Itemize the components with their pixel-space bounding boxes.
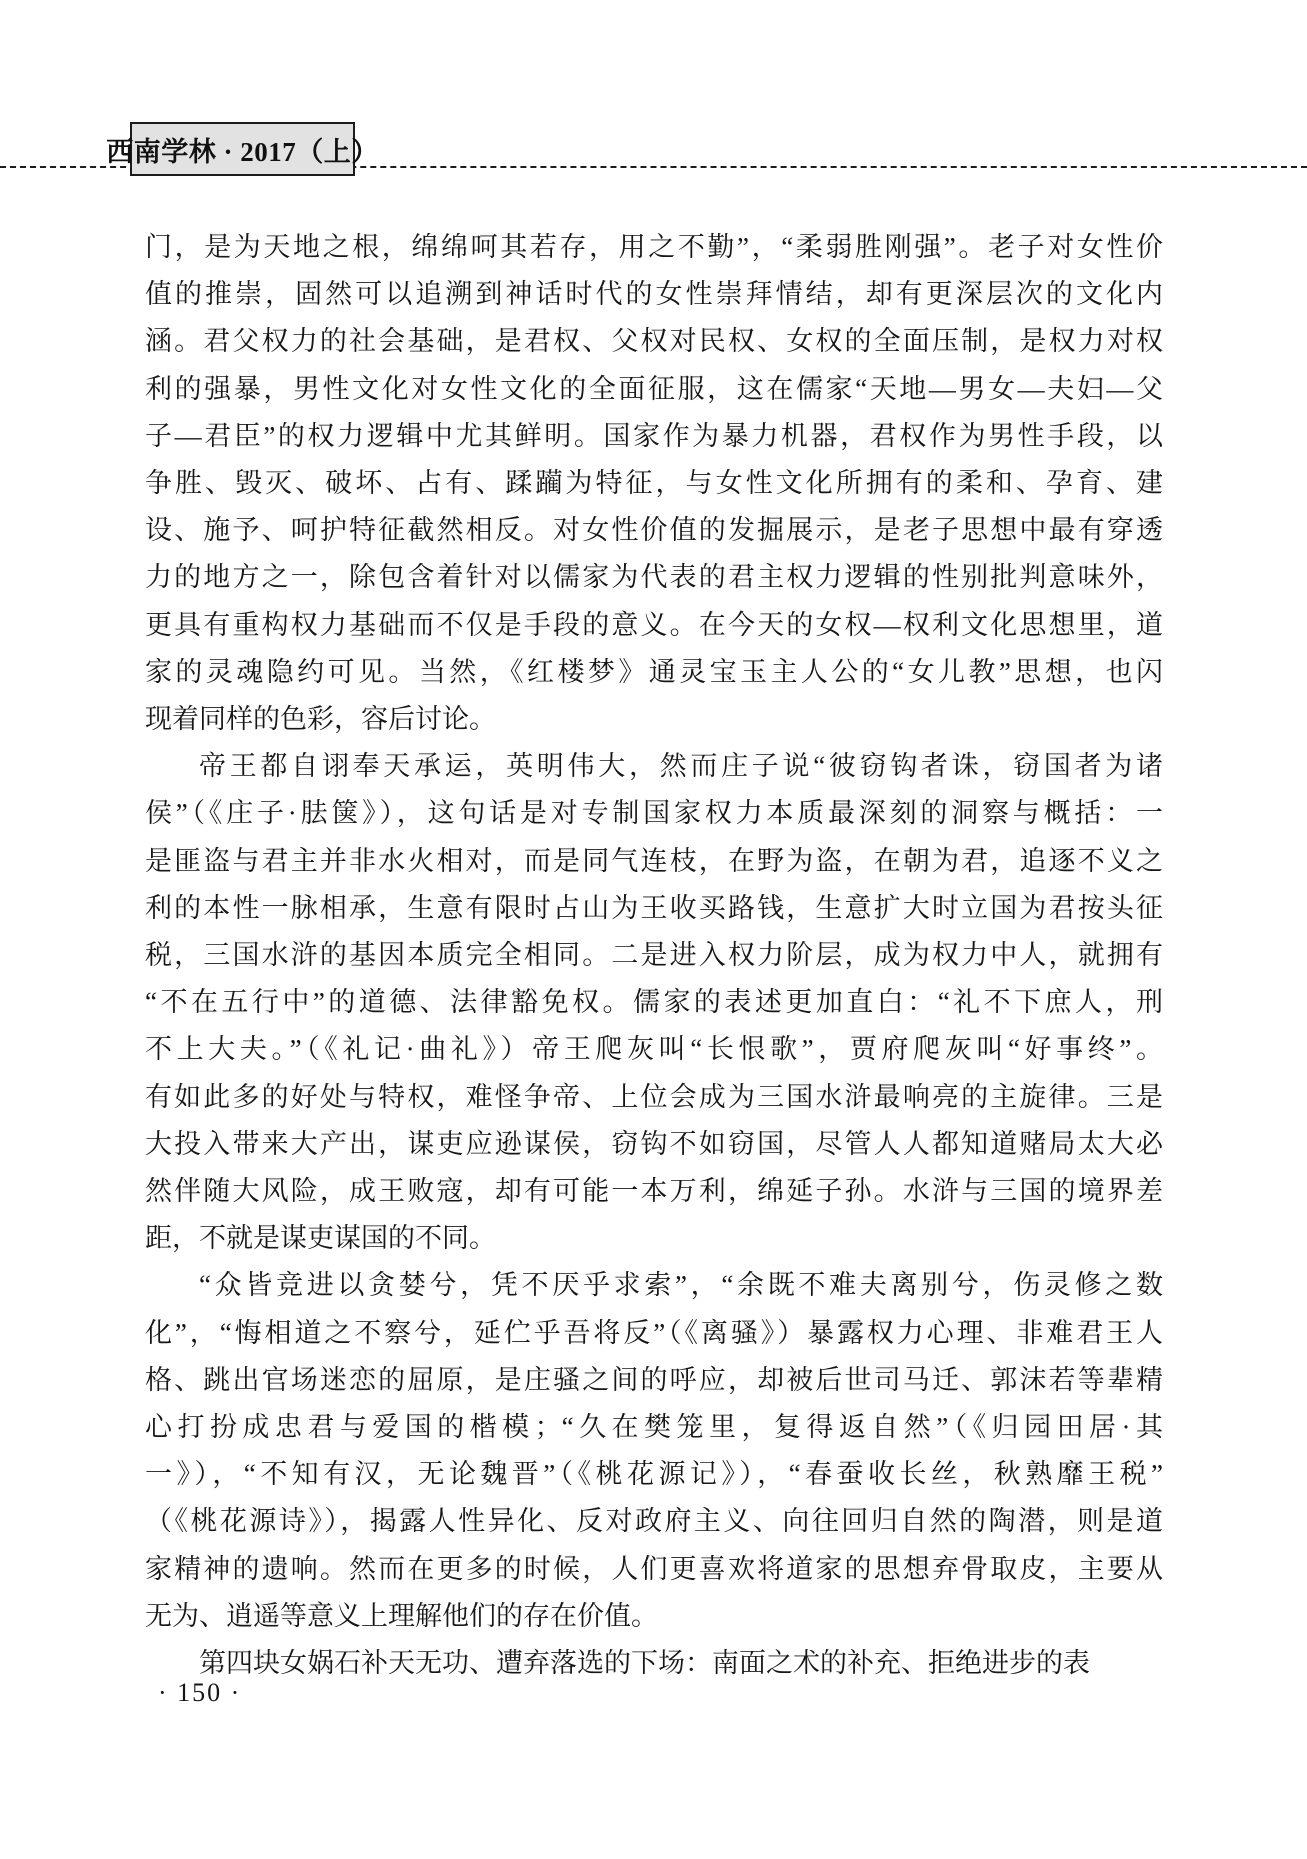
text-line: 无为、逍遥等意义上理解他们的存在价值。 [145, 1593, 1163, 1640]
text-line: 利的强暴，男性文化对女性文化的全面征服，这在儒家“天地—男女—夫妇—父 [145, 366, 1163, 413]
journal-header: 西南学林 · 2017（上） [130, 122, 355, 176]
text-line: “众皆竞进以贪婪兮，凭不厌乎求索”，“余既不难夫离别兮，伤灵修之数 [145, 1262, 1163, 1309]
text-line: 格、跳出官场迷恋的屈原，是庄骚之间的呼应，却被后世司马迁、郭沫若等辈精 [145, 1357, 1163, 1404]
text-line: 大投入带来大产出，谋吏应逊谋侯，窃钩不如窃国，尽管人人都知道赌局太大必 [145, 1121, 1163, 1168]
text-line: 然伴随大风险，成王败寇，却有可能一本万利，绵延子孙。水浒与三国的境界差 [145, 1168, 1163, 1215]
text-line: 子—君臣”的权力逻辑中尤其鲜明。国家作为暴力机器，君权作为男性手段，以 [145, 413, 1163, 460]
book-page: 西南学林 · 2017（上） 门，是为天地之根，绵绵呵其若存，用之不勤”，“柔弱… [0, 0, 1307, 1859]
journal-title: 西南学林 · 2017（上） [106, 130, 379, 169]
text-line: 侯”（《庄子·胠箧》），这句话是对专制国家权力本质最深刻的洞察与概括：一 [145, 790, 1163, 837]
text-line: 化”，“悔相道之不察兮，延伫乎吾将反”（《离骚》）暴露权力心理、非难君王人 [145, 1310, 1163, 1357]
page-number: · 150 · [158, 1678, 241, 1708]
text-line: 值的推崇，固然可以追溯到神话时代的女性崇拜情结，却有更深层次的文化内 [145, 271, 1163, 318]
text-line: 是匪盗与君主并非水火相对，而是同气连枝，在野为盗，在朝为君，追逐不义之 [145, 838, 1163, 885]
text-line: 有如此多的好处与特权，难怪争帝、上位会成为三国水浒最响亮的主旋律。三是 [145, 1074, 1163, 1121]
text-line: （《桃花源诗》），揭露人性异化、反对政府主义、向往回归自然的陶潜，则是道 [145, 1498, 1163, 1545]
text-line: 门，是为天地之根，绵绵呵其若存，用之不勤”，“柔弱胜刚强”。老子对女性价 [145, 224, 1163, 271]
text-line: 争胜、毁灭、破坏、占有、蹂躏为特征，与女性文化所拥有的柔和、孕育、建 [145, 460, 1163, 507]
text-line: 利的本性一脉相承，生意有限时占山为王收买路钱，生意扩大时立国为君按头征 [145, 885, 1163, 932]
text-line: 家的灵魂隐约可见。当然，《红楼梦》通灵宝玉主人公的“女儿教”思想，也闪 [145, 649, 1163, 696]
text-line: 设、施予、呵护特征截然相反。对女性价值的发掘展示，是老子思想中最有穿透 [145, 507, 1163, 554]
text-line: 心打扮成忠君与爱国的楷模；“久在樊笼里，复得返自然”（《归园田居·其 [145, 1404, 1163, 1451]
text-line: 距，不就是谋吏谋国的不同。 [145, 1215, 1163, 1262]
text-line: 不上大夫。”（《礼记·曲礼》）帝王爬灰叫“长恨歌”，贾府爬灰叫“好事终”。 [145, 1026, 1163, 1073]
text-line: 力的地方之一，除包含着针对以儒家为代表的君主权力逻辑的性别批判意味外， [145, 554, 1163, 601]
text-line: 家精神的遗响。然而在更多的时候，人们更喜欢将道家的思想弃骨取皮，主要从 [145, 1546, 1163, 1593]
text-line: 一》），“不知有汉，无论魏晋”（《桃花源记》），“春蚕收长丝，秋熟靡王税” [145, 1451, 1163, 1498]
text-line: 现着同样的色彩，容后讨论。 [145, 696, 1163, 743]
text-line: 涵。君父权力的社会基础，是君权、父权对民权、女权的全面压制，是权力对权 [145, 318, 1163, 365]
text-line: 帝王都自诩奉天承运，英明伟大，然而庄子说“彼窃钩者诛，窃国者为诸 [145, 743, 1163, 790]
text-line: 第四块女娲石补天无功、遭弃落选的下场：南面之术的补充、拒绝进步的表 [145, 1640, 1163, 1687]
text-line: “不在五行中”的道德、法律豁免权。儒家的表述更加直白：“礼不下庶人，刑 [145, 979, 1163, 1026]
text-line: 税，三国水浒的基因本质完全相同。二是进入权力阶层，成为权力中人，就拥有 [145, 932, 1163, 979]
text-line: 更具有重构权力基础而不仅是手段的意义。在今天的女权—权利文化思想里，道 [145, 602, 1163, 649]
body-text: 门，是为天地之根，绵绵呵其若存，用之不勤”，“柔弱胜刚强”。老子对女性价值的推崇… [145, 224, 1163, 1687]
